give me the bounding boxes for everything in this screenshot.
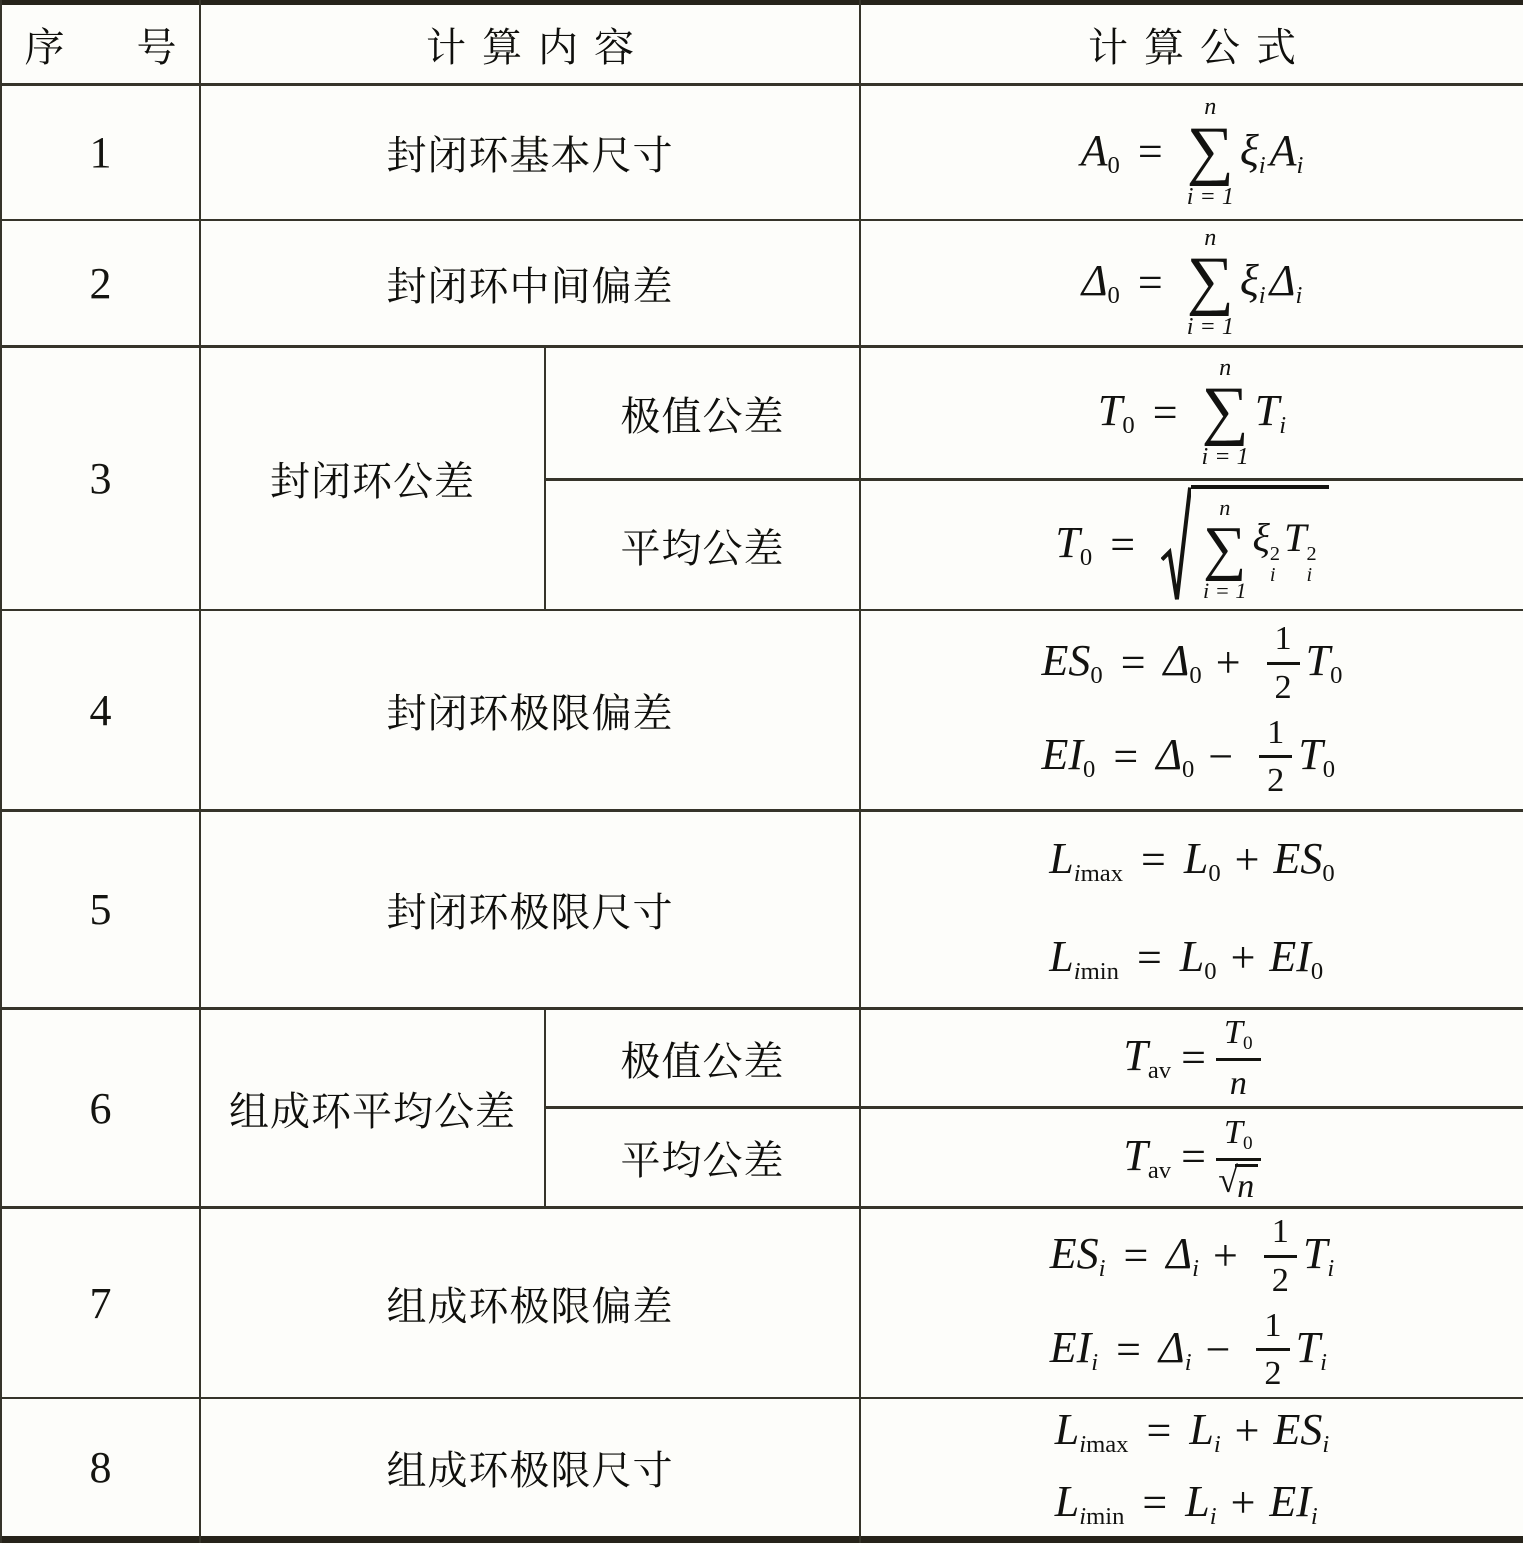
fraction-numerator: T0 — [1216, 1012, 1261, 1061]
row-3-sublabel-1: 极值公差 — [546, 348, 859, 478]
math-sub: 0 — [1108, 152, 1120, 179]
fraction-t0-over-n: T0 n — [1216, 1012, 1261, 1104]
plus-sign: + — [1231, 933, 1256, 984]
math-sub: 0 — [1330, 662, 1342, 689]
equals-sign: = — [1181, 1033, 1206, 1084]
serial-header-label: 序 号 — [9, 16, 193, 73]
row-3-serial: 3 — [2, 348, 199, 609]
equals-sign: = — [1137, 933, 1162, 984]
row-2-serial: 2 — [2, 221, 199, 345]
sum-lower-limit: i = 1 — [1187, 312, 1234, 342]
fraction-numerator: T0 — [1216, 1112, 1261, 1161]
math-var: T — [1255, 386, 1279, 435]
row-1-formula-cell: A0 = n ∑ i = 1 ξi Ai — [861, 86, 1523, 219]
math-var: n — [1230, 1064, 1247, 1102]
row-7-content-label: 组成环极限偏差 — [387, 1275, 674, 1332]
math-sub: i — [1259, 282, 1266, 309]
math-sup: 2 — [1306, 544, 1316, 565]
row-5-content-label: 封闭环极限尺寸 — [387, 881, 674, 938]
math-var: Δ — [1164, 636, 1190, 685]
math-sub: i — [1311, 1502, 1318, 1529]
sum-lower-limit: i = 1 — [1203, 577, 1246, 605]
fraction-numerator: 1 — [1259, 713, 1292, 758]
math-sub: 0 — [1083, 756, 1095, 783]
math-sub: min — [1081, 957, 1119, 984]
formula-limin-0: Limin = L0 + EI0 — [1049, 931, 1323, 986]
fraction-numerator: 1 — [1256, 1306, 1289, 1351]
math-sub: 0 — [1311, 957, 1323, 984]
row-7-serial: 7 — [2, 1209, 199, 1397]
content-header-label: 计算内容 — [410, 16, 650, 73]
math-var: T — [1306, 636, 1330, 685]
math-var: L — [1185, 1477, 1209, 1526]
plus-sign: + — [1213, 1231, 1238, 1282]
row-5-serial: 5 — [2, 812, 199, 1007]
math-var: EI — [1050, 1323, 1092, 1372]
math-sub: 0 — [1122, 412, 1134, 439]
fraction-denominator: √n — [1218, 1161, 1258, 1203]
formula-closed-loop-basic-size: A0 = n ∑ i = 1 ξi Ai — [1081, 93, 1304, 212]
formula-esi: ESi = Δi + 12 Ti — [1050, 1212, 1335, 1300]
fraction-denominator: n — [1230, 1061, 1247, 1103]
sup-sub-stack: 2i — [1306, 544, 1316, 586]
math-var: EI — [1042, 730, 1084, 779]
math-sub: 0 — [1090, 662, 1102, 689]
math-sub: i — [1074, 957, 1081, 984]
formula-header-label: 计算公式 — [1072, 16, 1312, 73]
equals-sign: = — [1123, 1231, 1148, 1282]
math-var: T — [1303, 1229, 1327, 1278]
math-var: Δ — [1156, 730, 1182, 779]
minus-sign: − — [1206, 1325, 1231, 1376]
row-4-serial: 4 — [2, 611, 199, 809]
summation-operator: n ∑ i = 1 — [1203, 495, 1246, 604]
math-var: ES — [1273, 1405, 1322, 1454]
formula-closed-loop-tolerance-average: T0 = n ∑ i = 1 ξ2i T2i — [1055, 485, 1328, 604]
row-8-serial: 8 — [2, 1399, 199, 1536]
formula-es0: ES0 = Δ0 + 12 T0 — [1042, 619, 1343, 707]
table-bottom-border — [0, 1536, 1523, 1543]
row-3-content: 封闭环公差 — [201, 348, 544, 609]
math-var: Δ — [1082, 256, 1108, 305]
row-4-content-label: 封闭环极限偏差 — [387, 682, 674, 739]
row-8-content: 组成环极限尺寸 — [201, 1399, 859, 1536]
math-var: ES — [1273, 834, 1322, 883]
math-sub: i — [1297, 152, 1304, 179]
math-sub: 0 — [1189, 662, 1201, 689]
math-sub: 0 — [1322, 860, 1334, 887]
row-8-number: 8 — [90, 1442, 112, 1493]
math-sub: 0 — [1108, 282, 1120, 309]
row-1-content: 封闭环基本尺寸 — [201, 86, 859, 219]
fraction-numerator: 1 — [1264, 1212, 1297, 1257]
formula-tav-average: Tav = T0 √n — [1123, 1112, 1260, 1204]
row-3-content-label: 封闭环公差 — [270, 450, 475, 507]
row-1-serial: 1 — [2, 86, 199, 219]
equals-sign: = — [1121, 638, 1146, 689]
formula-closed-loop-limit-sizes: Limax = L0 + ES0 Limin = L0 + EI0 — [1049, 833, 1334, 986]
math-var: ξ — [1252, 515, 1269, 560]
math-sub: i — [1320, 1349, 1327, 1376]
math-var: Δ — [1159, 1323, 1185, 1372]
square-root-small: √n — [1218, 1164, 1258, 1203]
math-var: ξ — [1240, 256, 1259, 305]
math-sub: i — [1214, 1431, 1221, 1458]
row-7-formula-cell: ESi = Δi + 12 Ti EIi = Δi − 12 Ti — [861, 1209, 1523, 1397]
formula-closed-loop-tolerance-extreme: T0 = n ∑ i = 1 Ti — [1098, 354, 1286, 473]
math-var: L — [1055, 1405, 1079, 1454]
average-tolerance-label: 平均公差 — [621, 517, 785, 574]
sum-lower-limit: i = 1 — [1202, 442, 1249, 472]
row-2-number: 2 — [90, 258, 112, 309]
plus-sign: + — [1231, 1478, 1256, 1529]
plus-sign: + — [1235, 835, 1260, 886]
formula-limin-i: Limin = Li + EIi — [1055, 1476, 1318, 1531]
sigma-symbol: ∑ — [1187, 121, 1234, 182]
equals-sign: = — [1116, 1325, 1141, 1376]
math-var: ES — [1042, 636, 1091, 685]
row-5-content: 封闭环极限尺寸 — [201, 812, 859, 1007]
math-var: Δ — [1166, 1229, 1192, 1278]
equals-sign: = — [1138, 127, 1163, 178]
sup-sub-stack: 2i — [1270, 544, 1280, 586]
math-var: ES — [1050, 1229, 1099, 1278]
math-sub: av — [1148, 1057, 1171, 1084]
extreme-tolerance-label: 极值公差 — [621, 1030, 785, 1087]
math-sub: i — [1279, 412, 1286, 439]
equals-sign: = — [1113, 732, 1138, 783]
math-sub: 0 — [1208, 860, 1220, 887]
math-sub: max — [1081, 860, 1123, 887]
math-sub: 0 — [1323, 756, 1335, 783]
row-1-number: 1 — [90, 127, 112, 178]
math-sub: i — [1327, 1255, 1334, 1282]
math-sub: i — [1091, 1349, 1098, 1376]
serial-header-cell: 序 号 — [2, 5, 199, 83]
formula-header-cell: 计算公式 — [861, 5, 1523, 83]
math-var: T — [1284, 515, 1307, 560]
math-sup: 2 — [1270, 544, 1280, 565]
math-sub: 0 — [1243, 1033, 1253, 1054]
math-var: T — [1296, 1323, 1320, 1372]
math-var: T — [1224, 1013, 1243, 1051]
row-2-formula-cell: Δ0 = n ∑ i = 1 ξi Δi — [861, 221, 1523, 345]
fraction-denominator: 2 — [1264, 1351, 1281, 1393]
math-sub: i — [1306, 565, 1312, 586]
row-6-number: 6 — [90, 1083, 112, 1134]
summation-operator: n ∑ i = 1 — [1187, 224, 1234, 343]
fraction-one-half: 12 — [1259, 713, 1292, 801]
row-6-sublabel-2: 平均公差 — [546, 1109, 859, 1206]
radicand: n ∑ i = 1 ξ2i T2i — [1191, 485, 1329, 604]
row-6-content: 组成环平均公差 — [201, 1010, 544, 1206]
math-var: T — [1055, 518, 1079, 567]
math-var: A — [1081, 126, 1108, 175]
equals-sign: = — [1141, 835, 1166, 886]
math-var: L — [1049, 932, 1073, 981]
fraction-one-half: 12 — [1256, 1306, 1289, 1394]
math-var: L — [1055, 1477, 1079, 1526]
row-7-content: 组成环极限偏差 — [201, 1209, 859, 1397]
math-sub: av — [1148, 1157, 1171, 1184]
row-4-content: 封闭环极限偏差 — [201, 611, 859, 809]
calculation-formula-table: 序 号 计算内容 计算公式 1 封闭环基本尺寸 A0 = n ∑ i = 1 ξ… — [0, 0, 1523, 1544]
row-5-number: 5 — [90, 884, 112, 935]
square-root: n ∑ i = 1 ξ2i T2i — [1161, 485, 1329, 604]
math-sub: i — [1074, 860, 1081, 887]
formula-closed-loop-limit-deviations: ES0 = Δ0 + 12 T0 EI0 = Δ0 − 12 T0 — [1042, 619, 1343, 801]
fraction-one-half: 12 — [1264, 1212, 1297, 1300]
average-tolerance-label: 平均公差 — [621, 1129, 785, 1186]
row-4-formula-cell: ES0 = Δ0 + 12 T0 EI0 = Δ0 − 12 T0 — [861, 611, 1523, 809]
summation-operator: n ∑ i = 1 — [1187, 93, 1234, 212]
formula-limax-i: Limax = Li + ESi — [1055, 1404, 1329, 1459]
radical-sign-icon — [1161, 485, 1191, 604]
sigma-symbol: ∑ — [1187, 251, 1234, 312]
math-sub: i — [1210, 1502, 1217, 1529]
math-sub: i — [1259, 152, 1266, 179]
row-3-sublabel-2: 平均公差 — [546, 481, 859, 609]
row-3-number: 3 — [90, 453, 112, 504]
math-sub: 0 — [1080, 544, 1092, 571]
row-1-content-label: 封闭环基本尺寸 — [387, 124, 674, 181]
row-4-number: 4 — [90, 685, 112, 736]
row-6-formula-2-cell: Tav = T0 √n — [861, 1109, 1523, 1206]
equals-sign: = — [1153, 388, 1178, 439]
math-sub: i — [1192, 1255, 1199, 1282]
fraction-denominator: 2 — [1267, 758, 1284, 800]
content-header-cell: 计算内容 — [201, 5, 859, 83]
math-sub: i — [1185, 1349, 1192, 1376]
sum-lower-limit: i = 1 — [1187, 182, 1234, 212]
math-sub: i — [1270, 565, 1276, 586]
equals-sign: = — [1142, 1478, 1167, 1529]
math-var: A — [1270, 126, 1297, 175]
row-2-content: 封闭环中间偏差 — [201, 221, 859, 345]
formula-closed-loop-middle-deviation: Δ0 = n ∑ i = 1 ξi Δi — [1082, 224, 1303, 343]
fraction-denominator: 2 — [1272, 1258, 1289, 1300]
radicand: n — [1235, 1164, 1258, 1203]
math-var: T — [1098, 386, 1122, 435]
fraction-one-half: 12 — [1267, 619, 1300, 707]
formula-tav-extreme: Tav = T0 n — [1123, 1012, 1260, 1104]
row-8-content-label: 组成环极限尺寸 — [387, 1439, 674, 1496]
math-var: L — [1189, 1405, 1213, 1454]
math-var: Δ — [1270, 256, 1296, 305]
math-var: EI — [1269, 1477, 1311, 1526]
fraction-t0-over-sqrt-n: T0 √n — [1216, 1112, 1261, 1204]
row-6-content-label: 组成环平均公差 — [229, 1080, 516, 1137]
math-sub: max — [1086, 1431, 1128, 1458]
math-var: T — [1123, 1031, 1147, 1080]
math-sub: i — [1295, 282, 1302, 309]
math-var: T — [1298, 730, 1322, 779]
row-6-serial: 6 — [2, 1010, 199, 1206]
math-var: ξ — [1240, 126, 1259, 175]
formula-component-limit-sizes: Limax = Li + ESi Limin = Li + EIi — [1055, 1404, 1329, 1531]
row-3-formula-1-cell: T0 = n ∑ i = 1 Ti — [861, 348, 1523, 478]
equals-sign: = — [1110, 520, 1135, 571]
formula-component-limit-deviations: ESi = Δi + 12 Ti EIi = Δi − 12 Ti — [1050, 1212, 1335, 1394]
row-3-formula-2-cell: T0 = n ∑ i = 1 ξ2i T2i — [861, 481, 1523, 609]
row-6-sublabel-1: 极值公差 — [546, 1010, 859, 1106]
fraction-numerator: 1 — [1267, 619, 1300, 664]
minus-sign: − — [1208, 732, 1233, 783]
math-var: EI — [1269, 932, 1311, 981]
row-8-formula-cell: Limax = Li + ESi Limin = Li + EIi — [861, 1399, 1523, 1536]
formula-ei0: EI0 = Δ0 − 12 T0 — [1042, 713, 1336, 801]
math-sub: i — [1322, 1431, 1329, 1458]
equals-sign: = — [1181, 1132, 1206, 1183]
plus-sign: + — [1235, 1406, 1260, 1457]
summation-operator: n ∑ i = 1 — [1202, 354, 1249, 473]
math-sub: 0 — [1182, 756, 1194, 783]
math-var: L — [1049, 834, 1073, 883]
row-5-formula-cell: Limax = L0 + ES0 Limin = L0 + EI0 — [861, 812, 1523, 1007]
radical-sign-icon: √ — [1218, 1162, 1238, 1198]
row-7-number: 7 — [90, 1278, 112, 1329]
fraction-denominator: 2 — [1275, 665, 1292, 707]
row-2-content-label: 封闭环中间偏差 — [387, 255, 674, 312]
extreme-tolerance-label: 极值公差 — [621, 385, 785, 442]
math-sub: 0 — [1204, 957, 1216, 984]
sigma-symbol: ∑ — [1202, 381, 1249, 442]
row-6-formula-1-cell: Tav = T0 n — [861, 1010, 1523, 1106]
math-sub: i — [1099, 1255, 1106, 1282]
math-var: T — [1123, 1131, 1147, 1180]
math-var: L — [1180, 932, 1204, 981]
equals-sign: = — [1138, 258, 1163, 309]
math-sub: min — [1086, 1502, 1124, 1529]
math-var: L — [1184, 834, 1208, 883]
formula-limax-0: Limax = L0 + ES0 — [1049, 833, 1334, 888]
sigma-symbol: ∑ — [1203, 521, 1246, 577]
math-var: T — [1224, 1113, 1243, 1151]
plus-sign: + — [1216, 638, 1241, 689]
equals-sign: = — [1147, 1406, 1172, 1457]
formula-eii: EIi = Δi − 12 Ti — [1050, 1306, 1327, 1394]
math-sub: 0 — [1243, 1133, 1253, 1154]
